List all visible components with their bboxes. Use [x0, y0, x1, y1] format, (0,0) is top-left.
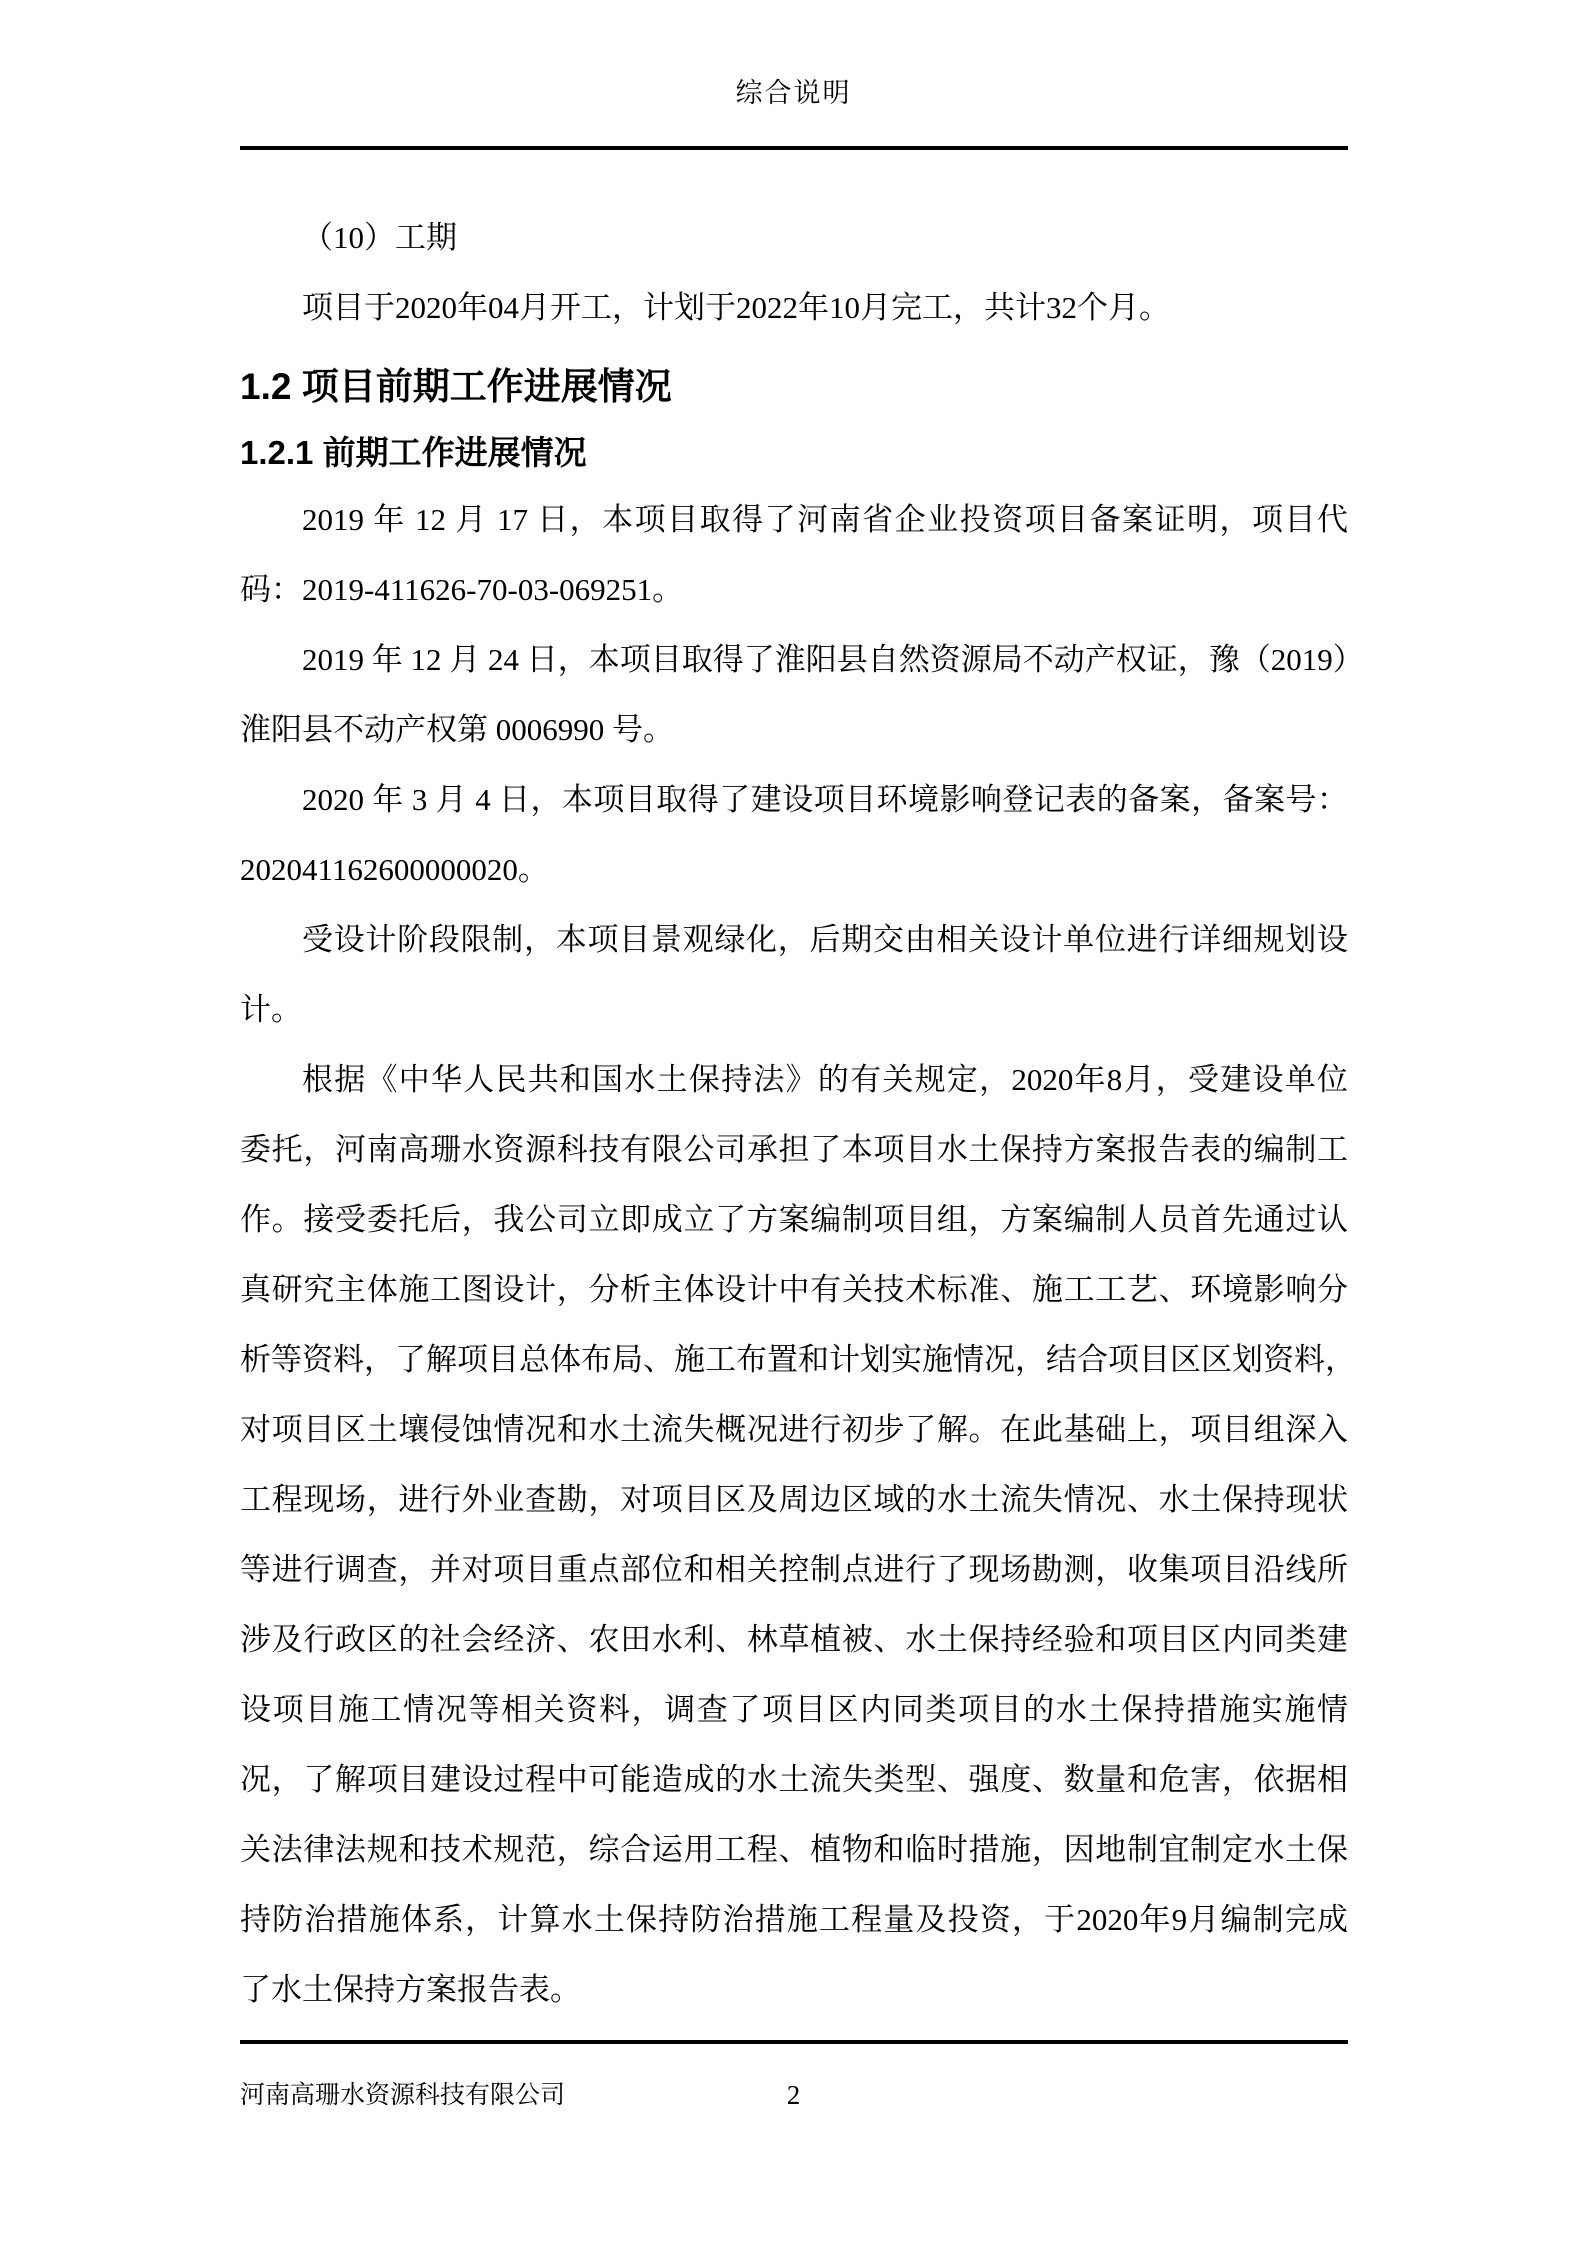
paragraph-line: 作。接受委托后，我公司立即成立了方案编制项目组，方案编制人员首先通过认 [240, 1185, 1348, 1255]
paragraph-line: 涉及行政区的社会经济、农田水利、林草植被、水土保持经验和项目区内同类建 [240, 1605, 1348, 1675]
paragraph: （10）工期 [240, 203, 1348, 273]
paragraph-line: 设项目施工情况等相关资料，调查了项目区内同类项目的水土保持措施实施情 [240, 1675, 1348, 1745]
footer-rule [240, 2040, 1348, 2044]
paragraph-line: 对项目区土壤侵蚀情况和水土流失概况进行初步了解。在此基础上，项目组深入 [240, 1395, 1348, 1465]
document-page: 综合说明 （10）工期项目于2020年04月开工，计划于2022年10月完工，共… [0, 0, 1587, 2245]
paragraph: 2020 年 3 月 4 日，本项目取得了建设项目环境影响登记表的备案，备案号：… [240, 765, 1348, 905]
section-heading: 1.2 项目前期工作进展情况 [240, 353, 1348, 421]
paragraph-line: 202041162600000020。 [240, 835, 1348, 905]
paragraph-line: 析等资料，了解项目总体布局、施工布置和计划实施情况，结合项目区区划资料， [240, 1325, 1348, 1395]
section-heading: 1.2.1 前期工作进展情况 [240, 421, 1348, 485]
paragraph: 项目于2020年04月开工，计划于2022年10月完工，共计32个月。 [240, 273, 1348, 343]
paragraph-line: 受设计阶段限制，本项目景观绿化，后期交由相关设计单位进行详细规划设 [240, 905, 1348, 975]
paragraph-line: 了水土保持方案报告表。 [240, 1955, 1348, 2025]
paragraph-line: 持防治措施体系，计算水土保持防治措施工程量及投资，于2020年9月编制完成 [240, 1885, 1348, 1955]
paragraph-line: 况，了解项目建设过程中可能造成的水土流失类型、强度、数量和危害，依据相 [240, 1745, 1348, 1815]
paragraph: 根据《中华人民共和国水土保持法》的有关规定，2020年8月，受建设单位委托，河南… [240, 1045, 1348, 2025]
page-header-title: 综合说明 [0, 78, 1587, 108]
paragraph-line: 淮阳县不动产权第 0006990 号。 [240, 695, 1348, 765]
paragraph: 2019 年 12 月 17 日，本项目取得了河南省企业投资项目备案证明，项目代… [240, 485, 1348, 625]
paragraph-line: 工程现场，进行外业查勘，对项目区及周边区域的水土流失情况、水土保持现状 [240, 1465, 1348, 1535]
paragraph: 受设计阶段限制，本项目景观绿化，后期交由相关设计单位进行详细规划设计。 [240, 905, 1348, 1045]
paragraph-line: 关法律法规和技术规范，综合运用工程、植物和临时措施，因地制宜制定水土保 [240, 1815, 1348, 1885]
paragraph-line: 2019 年 12 月 17 日，本项目取得了河南省企业投资项目备案证明，项目代 [240, 485, 1348, 555]
paragraph-line: 等进行调查，并对项目重点部位和相关控制点进行了现场勘测，收集项目沿线所 [240, 1535, 1348, 1605]
paragraph-line: 项目于2020年04月开工，计划于2022年10月完工，共计32个月。 [240, 273, 1348, 343]
paragraph-line: 真研究主体施工图设计，分析主体设计中有关技术标准、施工工艺、环境影响分 [240, 1255, 1348, 1325]
footer-page-number: 2 [0, 2078, 1587, 2112]
paragraph-line: 委托，河南高珊水资源科技有限公司承担了本项目水土保持方案报告表的编制工 [240, 1115, 1348, 1185]
paragraph-line: 码：2019-411626-70-03-069251。 [240, 555, 1348, 625]
paragraph: 2019 年 12 月 24 日，本项目取得了淮阳县自然资源局不动产权证，豫（2… [240, 625, 1348, 765]
document-body: （10）工期项目于2020年04月开工，计划于2022年10月完工，共计32个月… [240, 150, 1348, 2025]
paragraph-line: 根据《中华人民共和国水土保持法》的有关规定，2020年8月，受建设单位 [240, 1045, 1348, 1115]
paragraph-line: 计。 [240, 975, 1348, 1045]
paragraph-line: 2019 年 12 月 24 日，本项目取得了淮阳县自然资源局不动产权证，豫（2… [240, 625, 1348, 695]
paragraph-line: （10）工期 [240, 203, 1348, 273]
paragraph-line: 2020 年 3 月 4 日，本项目取得了建设项目环境影响登记表的备案，备案号： [240, 765, 1348, 835]
